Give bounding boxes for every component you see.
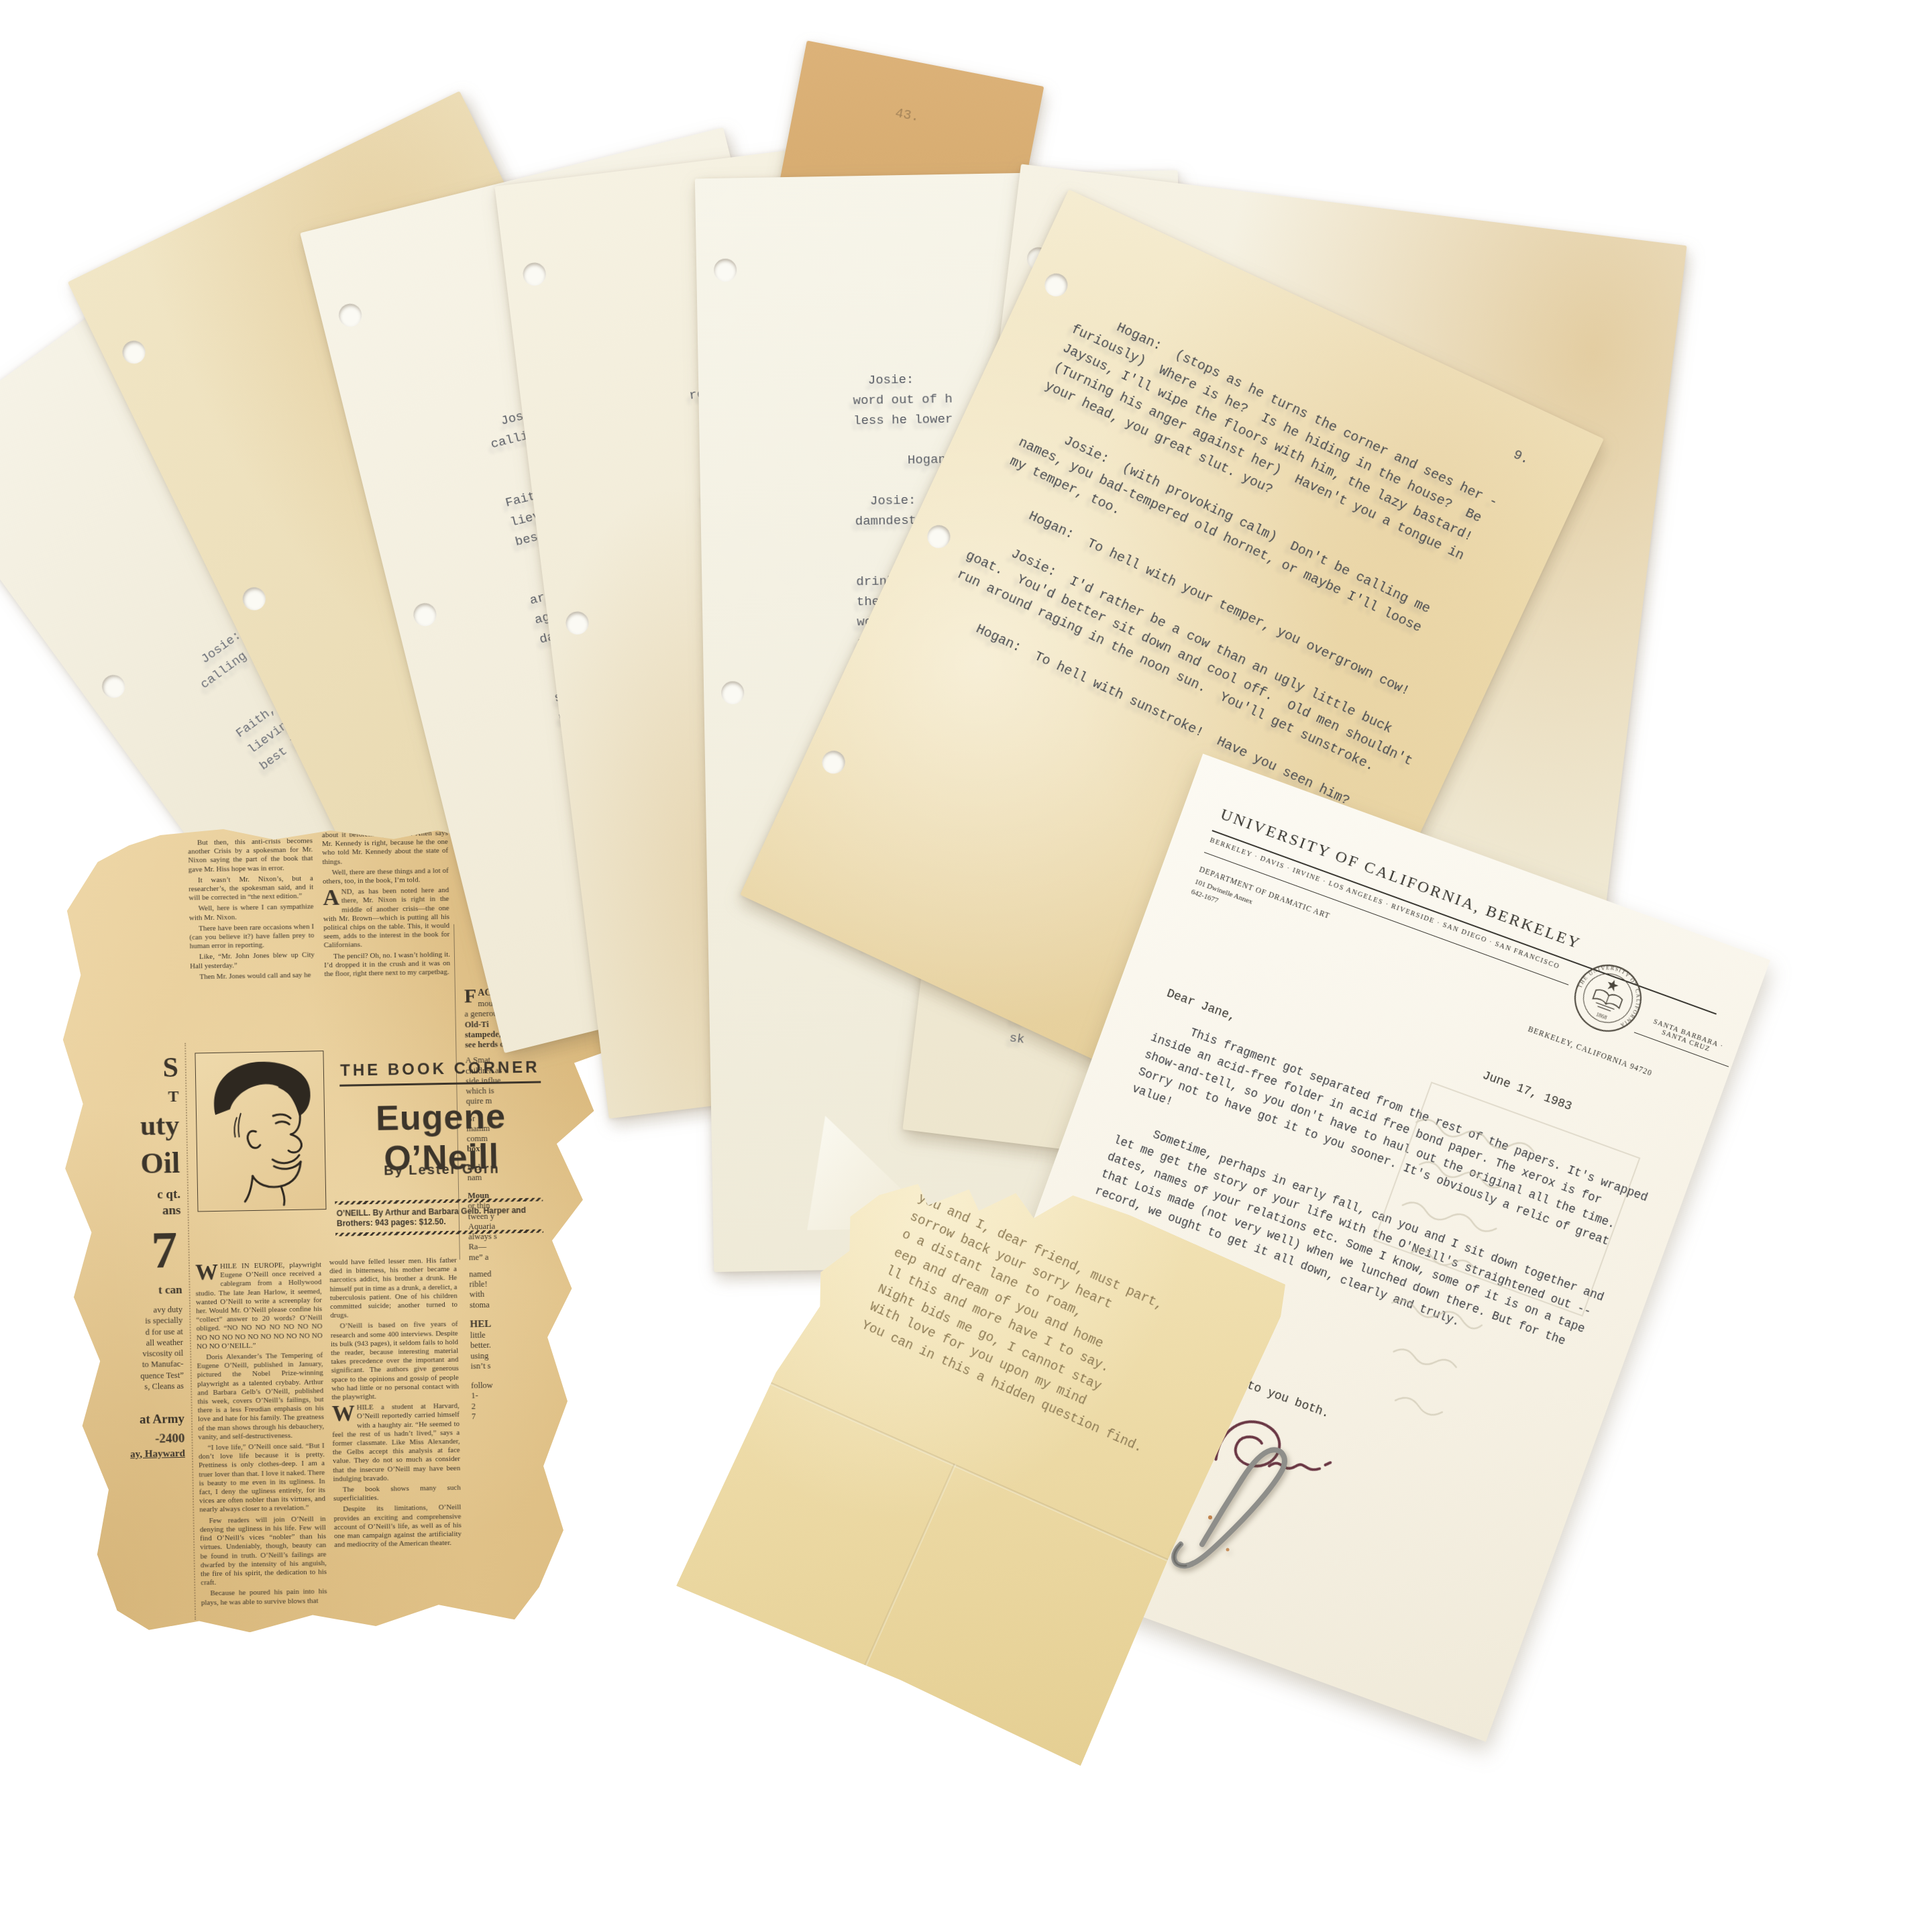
letterhead-campuses-right: SANTA BARBARA · SANTA CRUZ [1638, 1014, 1737, 1062]
text-line: at Army [77, 1411, 184, 1430]
text-line: s, Cleans as [76, 1381, 184, 1393]
newspaper-paragraph: would have felled lesser men. His father… [329, 1256, 458, 1321]
punch-hole [818, 747, 849, 777]
book-info-box: O’NEILL. By Arthur and Barbara Gelb. Har… [335, 1197, 543, 1236]
punch-hole [924, 521, 954, 551]
newspaper-paragraph: Few readers will join O’Neill in denying… [199, 1515, 327, 1588]
text-line: uty [72, 1108, 180, 1146]
fold-crease [862, 1463, 956, 1670]
newspaper-section-title: THE BOOK CORNER [339, 1059, 541, 1087]
text-line: me” a [469, 1251, 553, 1263]
text-line: t can [74, 1283, 182, 1299]
newspaper-column: But then, this anti-crisis becomes anoth… [188, 837, 315, 983]
auction-photo-scene: Josie: calling name Hogan: Faith, you' l… [0, 0, 1932, 1932]
typescript-dialogue: Hogan: (stops as he turns the corner and… [936, 301, 1530, 828]
text-line: -2400 [77, 1431, 184, 1449]
text-line: S [70, 1050, 178, 1088]
newspaper-paragraph: Because he poured his pain into his play… [201, 1587, 327, 1607]
text-line: Oil [72, 1144, 180, 1184]
text-line: 7 [472, 1410, 556, 1421]
text-line: ay, Hayward [78, 1447, 185, 1462]
newspaper-paragraph: WHILE IN EUROPE, playwright Eugene O’Nei… [195, 1260, 323, 1351]
svg-text:THE UNIVERSITY OF CALIFORNIA: THE UNIVERSITY OF CALIFORNIA [1568, 955, 1651, 1032]
newspaper-paragraph: Despite its limitations, O’Neill provide… [333, 1503, 462, 1550]
newspaper-paragraph: It wasn’t Mr. Nixon’s, but a researcher’… [189, 874, 314, 903]
paper-clip [1167, 1442, 1322, 1576]
newspaper-paragraph: Well, here is where I can sympathize wit… [189, 903, 314, 923]
punch-hole [119, 337, 149, 367]
punch-hole [522, 262, 547, 287]
punch-hole [721, 681, 745, 704]
text-line: HEL [470, 1317, 554, 1330]
oneill-caricature-illustration [195, 1051, 326, 1212]
newspaper-paragraph: Well, there are these things and a lot o… [323, 867, 449, 887]
newspaper-paragraph: But then, this anti-crisis becomes anoth… [188, 837, 313, 874]
newspaper-paragraph: AND, as has been noted here and there, M… [323, 886, 450, 951]
wavy-rule [335, 1197, 543, 1204]
newspaper-column: WHILE IN EUROPE, playwright Eugene O’Nei… [195, 1260, 327, 1609]
perforation-line [184, 1043, 196, 1620]
newspaper-paragraph: O’Neill is based on five years of resear… [330, 1320, 459, 1402]
book-note: O’NEILL. By Arthur and Barbara Gelb. Har… [337, 1205, 542, 1229]
newspaper-paragraph: Doris Alexander’s The Tempering of Eugen… [197, 1351, 324, 1442]
newspaper-paragraph: Then Mr. Jones would call and say he [190, 971, 315, 981]
text-line: isn’t s [471, 1360, 555, 1371]
newspaper-paragraph: The pencil? Oh, no. I wasn’t holding it.… [324, 950, 451, 979]
uc-berkeley-seal: THE UNIVERSITY OF CALIFORNIA 1868 [1563, 953, 1652, 1042]
newspaper-column: about it beforehand, and Mr. Allen says … [322, 829, 451, 981]
text-line: c qt. [73, 1186, 180, 1204]
punch-hole [565, 610, 590, 636]
punch-hole [239, 584, 269, 614]
newspaper-paragraph: Like, “Mr. John Jones blew up City Hall … [190, 951, 315, 971]
faint-page-number: 43. [894, 106, 920, 125]
poem-text: you and I, dear friend, must part, sorro… [858, 1189, 1202, 1458]
newspaper-column: would have felled lesser men. His father… [329, 1256, 462, 1552]
punch-hole [337, 301, 364, 329]
punch-hole [411, 600, 439, 628]
punch-hole [1041, 270, 1071, 300]
text-line: 7 [74, 1225, 178, 1277]
newspaper-paragraph: There have been rare occasions when I (c… [189, 922, 315, 951]
text-line: stoma [470, 1299, 554, 1310]
punch-hole [714, 258, 737, 282]
letterhead-city: BERKELEY, CALIFORNIA 94720 [1527, 1025, 1653, 1077]
punch-hole [97, 670, 129, 702]
newspaper-paragraph: “I love life,” O’Neill once said. “But I… [199, 1442, 326, 1515]
text-line: T [71, 1087, 179, 1110]
text-line: ans [73, 1203, 180, 1221]
newspaper-paragraph: WHILE a student at Harvard, O’Neill repo… [332, 1402, 461, 1484]
page-number: 9. [1511, 447, 1532, 468]
newspaper-ad-fragments: STutyOilc qt.ans7t canavy dutyis special… [70, 1050, 185, 1462]
svg-text:1868: 1868 [1595, 1012, 1608, 1021]
newspaper-paragraph: The book shows many such superficialitie… [333, 1484, 461, 1504]
